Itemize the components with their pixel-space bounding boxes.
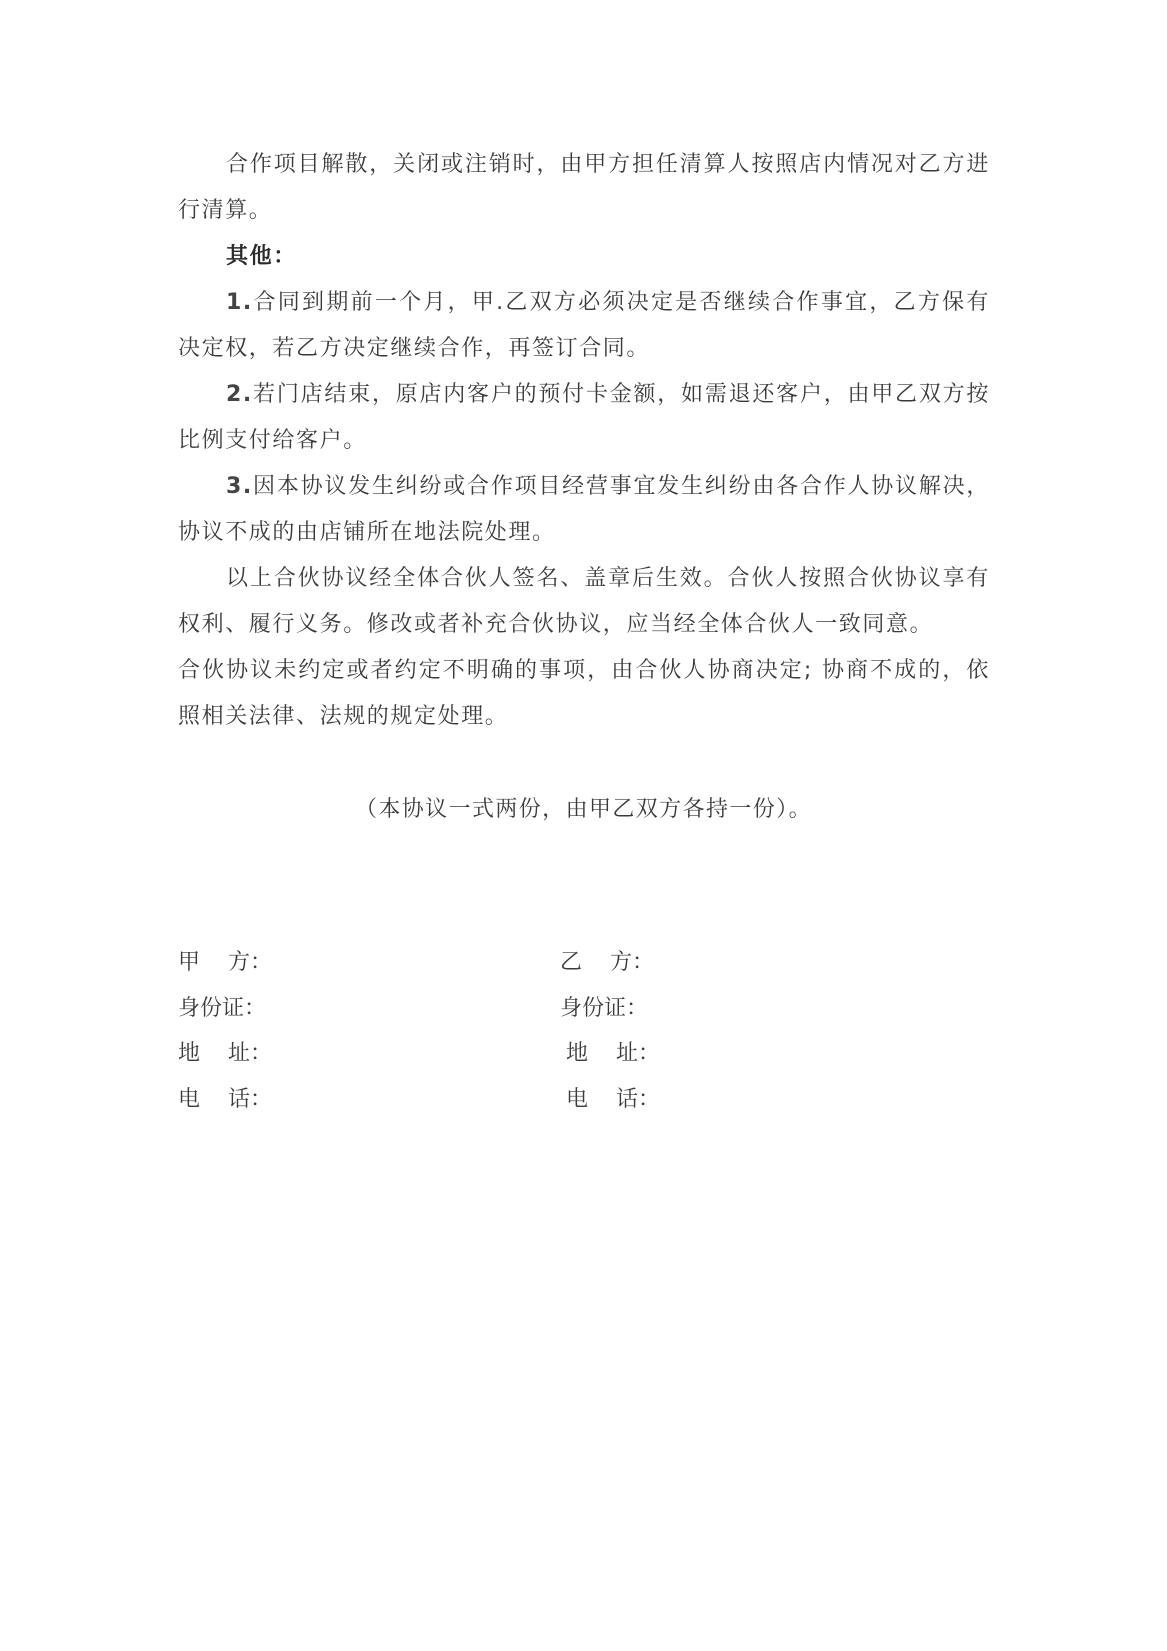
- party-b-phone-label: 电 话：: [560, 1077, 660, 1123]
- clause-text: 若门店结束，原店内客户的预付卡金额，如需退还客户，由甲乙双方按比例支付给客户。: [178, 382, 990, 453]
- party-a-name-label: 甲 方：: [178, 940, 272, 986]
- paragraph-liquidation: 合作项目解散，关闭或注销时，由甲方担任清算人按照店内情况对乙方进行清算。: [178, 142, 990, 234]
- party-b-name-label: 乙 方：: [560, 940, 660, 986]
- paragraph-undefined-matters: 合伙协议未约定或者约定不明确的事项，由合伙人协商决定; 协商不成的，依照相关法律…: [178, 648, 990, 740]
- clause-item-3: 3.因本协议发生纠纷或合作项目经营事宜发生纠纷由各合作人协议解决，协议不成的由店…: [178, 464, 990, 556]
- clause-number: 1.: [226, 290, 253, 315]
- clause-text: 合同到期前一个月，甲.乙双方必须决定是否继续合作事宜，乙方保有决定权，若乙方决定…: [178, 290, 990, 361]
- party-b-id-label: 身份证：: [560, 986, 660, 1032]
- clause-text: 因本协议发生纠纷或合作项目经营事宜发生纠纷由各合作人协议解决，协议不成的由店铺所…: [178, 474, 990, 545]
- paragraph-effect: 以上合伙协议经全体合伙人签名、盖章后生效。合伙人按照合伙协议享有权利、履行义务。…: [178, 556, 990, 648]
- clause-number: 2.: [226, 382, 253, 407]
- signature-block-party-a: 甲 方： 身份证： 地 址： 电 话：: [178, 940, 272, 1122]
- party-a-id-label: 身份证：: [178, 986, 272, 1032]
- clause-item-1: 1.合同到期前一个月，甲.乙双方必须决定是否继续合作事宜，乙方保有决定权，若乙方…: [178, 280, 990, 372]
- party-b-address-label: 地 址：: [560, 1031, 660, 1077]
- clause-number: 3.: [226, 474, 253, 499]
- signature-block-party-b: 乙 方： 身份证： 地 址： 电 话：: [560, 940, 660, 1122]
- document-page: 合作项目解散，关闭或注销时，由甲方担任清算人按照店内情况对乙方进行清算。 其他：…: [0, 0, 1167, 1651]
- agreement-body: 合作项目解散，关闭或注销时，由甲方担任清算人按照店内情况对乙方进行清算。 其他：…: [178, 142, 990, 740]
- clause-item-2: 2.若门店结束，原店内客户的预付卡金额，如需退还客户，由甲乙双方按比例支付给客户…: [178, 372, 990, 464]
- copies-note: （本协议一式两份，由甲乙双方各持一份）。: [0, 790, 1167, 830]
- section-heading-others: 其他：: [178, 234, 990, 280]
- party-a-address-label: 地 址：: [178, 1031, 272, 1077]
- party-a-phone-label: 电 话：: [178, 1077, 272, 1123]
